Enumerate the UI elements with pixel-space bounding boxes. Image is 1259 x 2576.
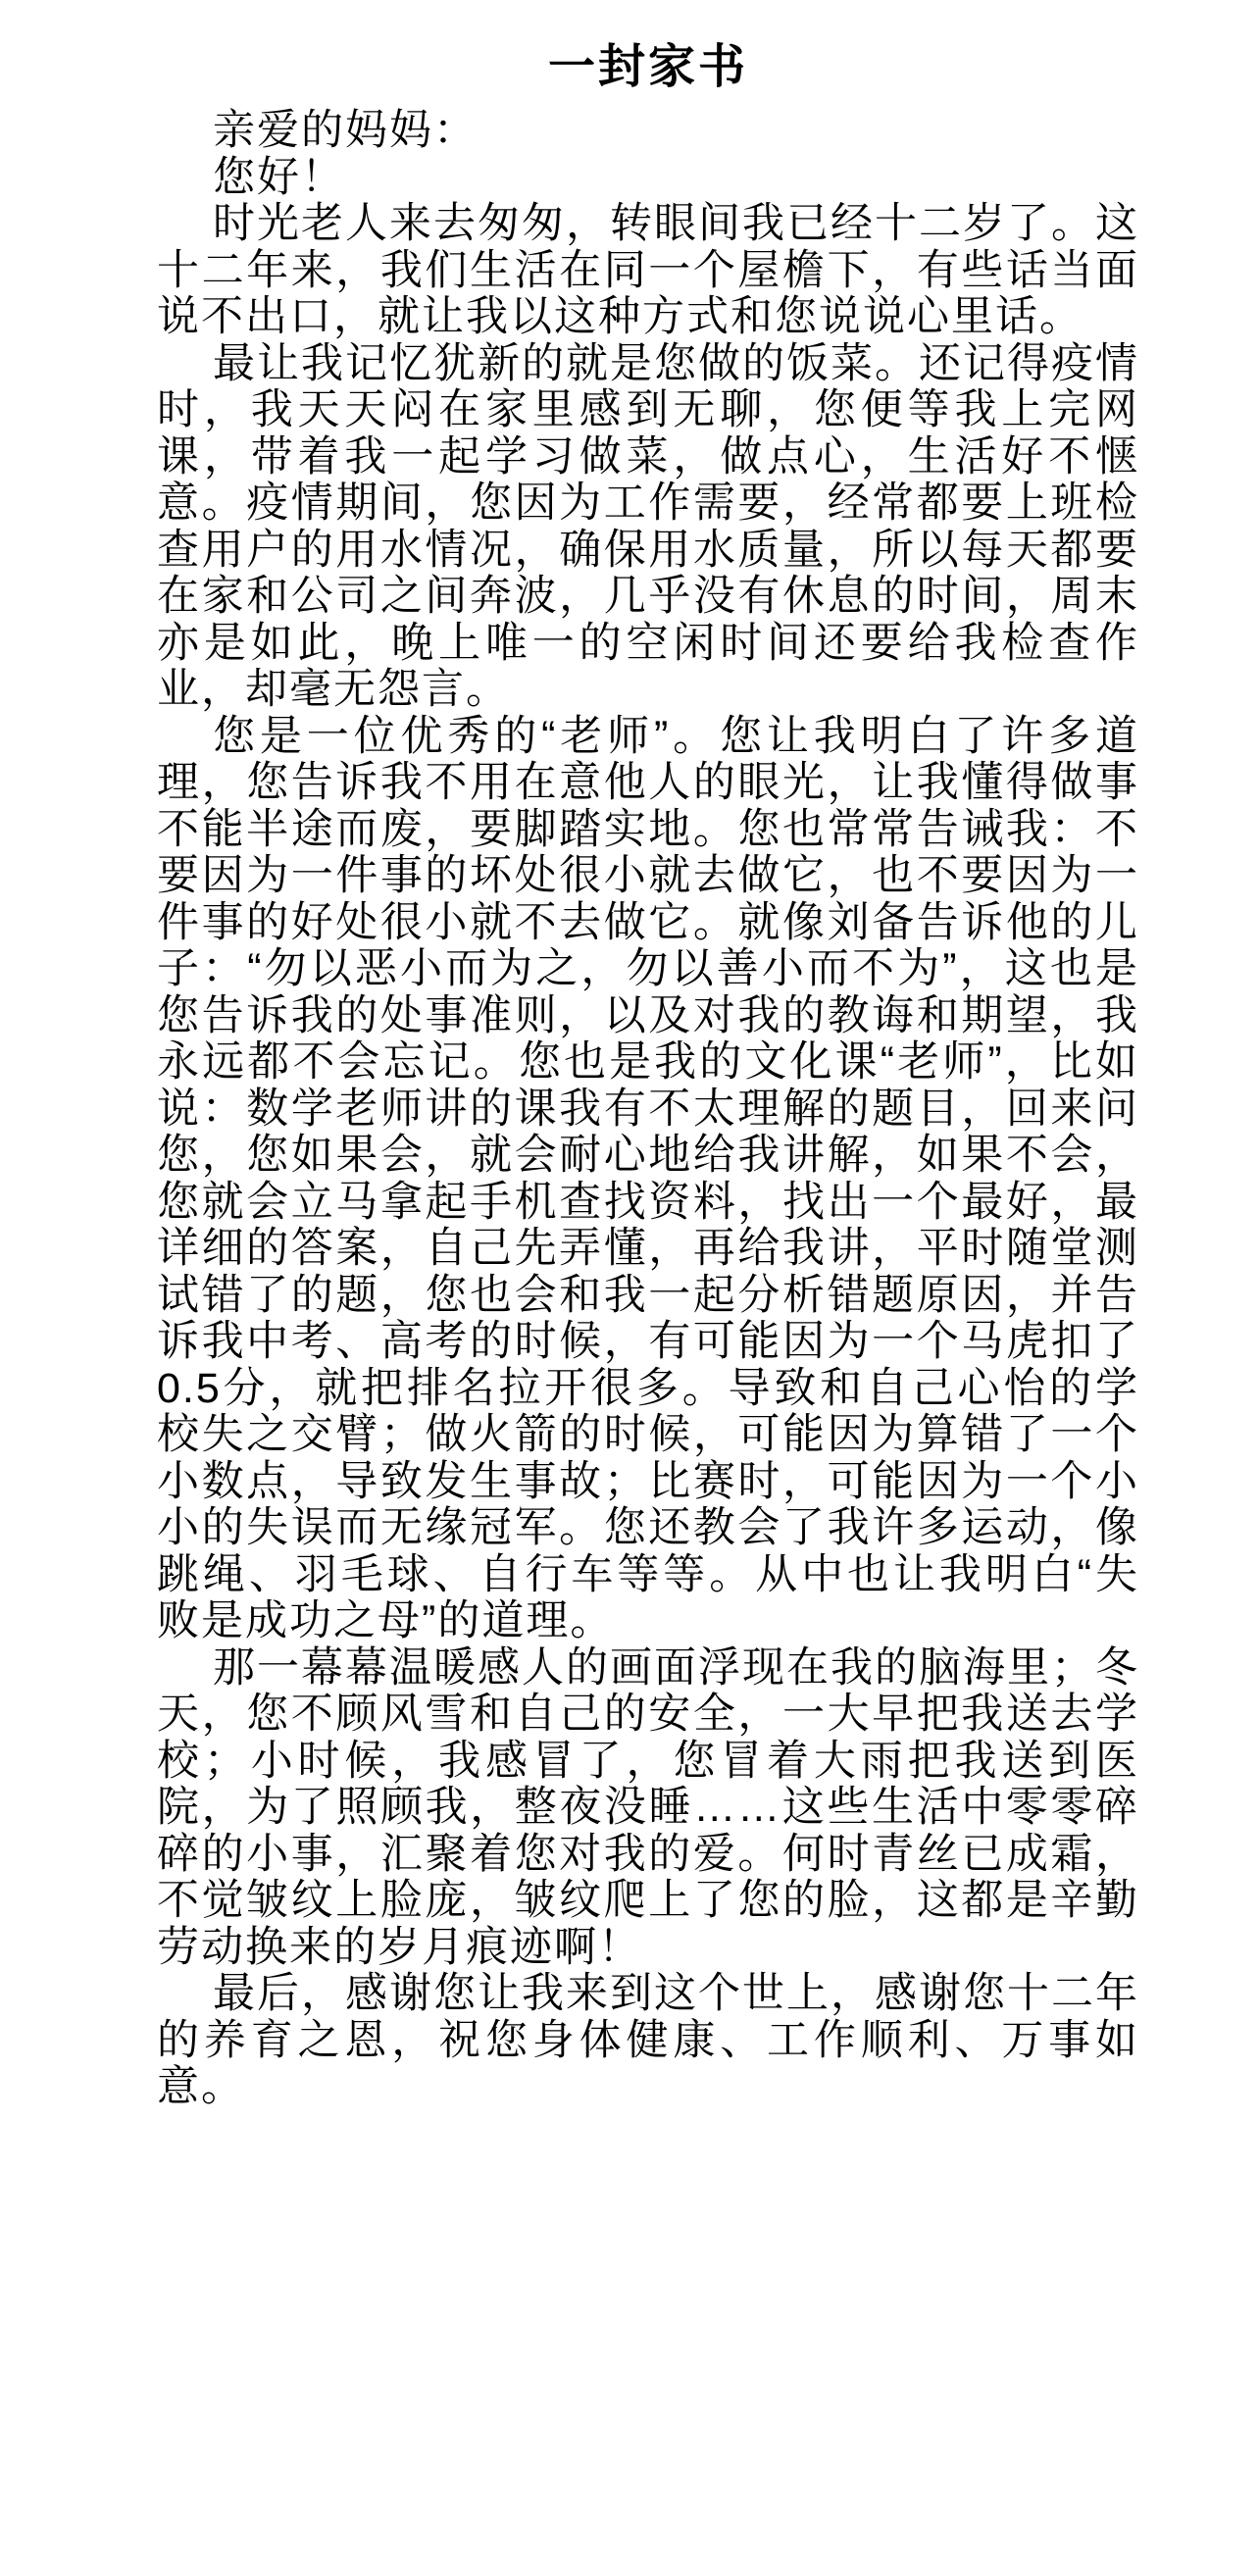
- letter-paragraph: 那一幕幕温暖感人的画面浮现在我的脑海里；冬天，您不顾风雪和自己的安全，一大早把我…: [157, 1645, 1139, 1972]
- letter-body: 亲爱的妈妈：您好！时光老人来去匆匆，转眼间我已经十二岁了。这十二年来，我们生活在…: [157, 108, 1139, 2111]
- letter-paragraph: 您是一位优秀的“老师”。您让我明白了许多道理，您告诉我不用在意他人的眼光，让我懂…: [157, 714, 1139, 1645]
- letter-paragraph: 亲爱的妈妈：: [157, 108, 1139, 155]
- letter-title: 一封家书: [157, 39, 1139, 96]
- letter-page: 一封家书 亲爱的妈妈：您好！时光老人来去匆匆，转眼间我已经十二岁了。这十二年来，…: [0, 0, 1259, 2576]
- letter-paragraph: 最后，感谢您让我来到这个世上，感谢您十二年的养育之恩，祝您身体健康、工作顺利、万…: [157, 1971, 1139, 2111]
- letter-paragraph: 您好！: [157, 155, 1139, 202]
- letter-paragraph: 最让我记忆犹新的就是您做的饭菜。还记得疫情时，我天天闷在家里感到无聊，您便等我上…: [157, 341, 1139, 714]
- letter-paragraph: 时光老人来去匆匆，转眼间我已经十二岁了。这十二年来，我们生活在同一个屋檐下，有些…: [157, 201, 1139, 341]
